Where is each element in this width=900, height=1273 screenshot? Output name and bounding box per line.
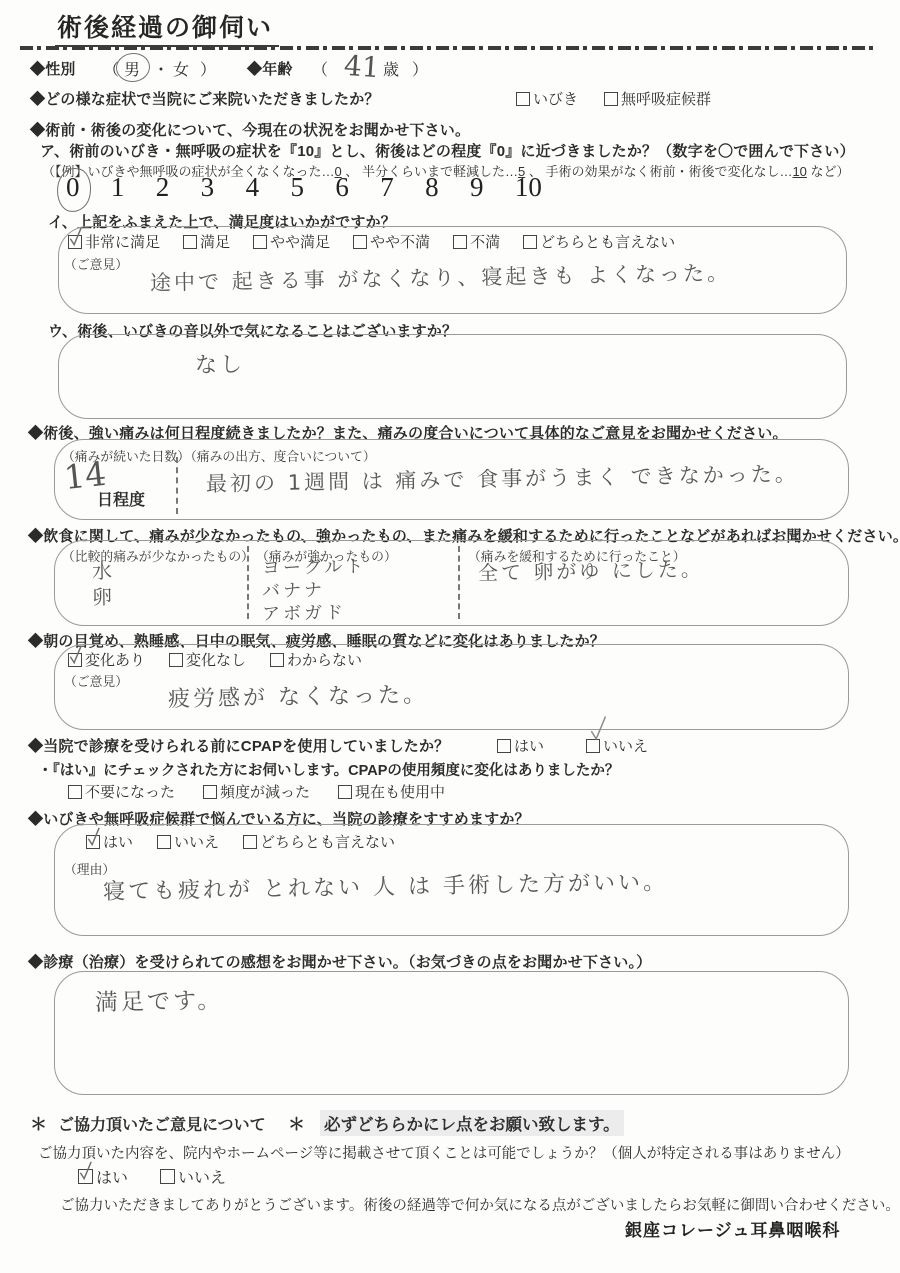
checkbox-label: 頻度が減った (220, 781, 310, 802)
checkbox[interactable] (523, 235, 537, 249)
checkbox-option[interactable]: わからない (270, 649, 362, 670)
checkbox-option[interactable]: はい (86, 831, 133, 852)
cpap-followup-question: ・『はい』にチェックされた方にお伺いします。CPAPの使用頻度に変化はありました… (38, 759, 619, 780)
checkbox-label: いいえ (178, 1165, 226, 1188)
recommend-options: はい いいえ どちらとも言えない (86, 831, 395, 852)
checkbox-label: やや満足 (270, 231, 330, 252)
check-mark-icon (78, 1157, 93, 1184)
scale-number[interactable]: 10 (515, 172, 542, 203)
checkbox[interactable] (243, 835, 257, 849)
gender-female[interactable]: 女 (173, 57, 189, 80)
checkbox-option[interactable]: はい (78, 1165, 128, 1188)
cpap-followup-options: 不要になった 頻度が減った 現在も使用中 (68, 781, 445, 802)
checkbox-label: いいえ (174, 831, 219, 852)
checkbox[interactable] (338, 785, 352, 799)
checkbox-label: はい (96, 1165, 128, 1188)
checkbox-label: わからない (287, 649, 362, 670)
sleep-handwritten: 疲労感が なくなった。 (168, 678, 429, 714)
checkbox[interactable] (203, 785, 217, 799)
sleep-options: 変化あり 変化なし わからない (68, 649, 362, 670)
checkbox[interactable] (253, 235, 267, 249)
eating-col2-handwritten: ヨーグルトバナナアボガド (262, 556, 366, 625)
eating-col1-handwritten: 水卵 (92, 558, 115, 610)
cpap-question: ◆当院で診療を受けられる前にCPAPを使用していましたか？ (28, 735, 449, 756)
scale-number[interactable]: 4 (246, 172, 260, 203)
footer-asterisk-2: ＊ (288, 1110, 305, 1135)
checkbox[interactable] (68, 785, 82, 799)
checkbox[interactable] (604, 92, 618, 106)
example-segment: など） (807, 164, 850, 179)
checkbox-label: やや不満 (370, 231, 430, 252)
cpap-options: はい いいえ (497, 735, 648, 756)
checkbox-option[interactable]: 変化なし (169, 649, 246, 670)
age-value-handwritten: 41 (343, 49, 381, 84)
checkbox-label: 変化なし (186, 649, 246, 670)
footer-ask-title: ご協力頂いたご意見について (58, 1112, 266, 1135)
checkbox[interactable] (86, 835, 100, 849)
age-open-paren: （ (312, 57, 328, 80)
checkbox-label: 非常に満足 (85, 231, 160, 252)
check-mark-icon (68, 223, 83, 250)
checkbox-option[interactable]: いいえ (160, 1165, 226, 1188)
impression-handwritten: 満足です。 (95, 982, 224, 1017)
checkbox-option[interactable]: いいえ (157, 831, 219, 852)
pain-detail-label: （痛みの出方、度合いについて） (184, 446, 376, 465)
scale-number[interactable]: 8 (425, 172, 439, 203)
footer-ask-bold: 必ずどちらかにレ点をお願い致します。 (320, 1110, 624, 1136)
change-heading: ◆術前・術後の変化について、今現在の状況をお聞かせ下さい。 (30, 119, 470, 140)
questionnaire-page: 術後経過の御伺い ◆性別 （ 男 ・ 女 ） ◆年齢 （ 41 歳 ） ◆どの様… (0, 0, 900, 1273)
example-segment: 10 (792, 164, 806, 179)
checkbox[interactable] (516, 92, 530, 106)
checkbox[interactable] (586, 739, 600, 753)
handwritten-line: バナナ (262, 578, 367, 603)
age-close-paren: ） (412, 57, 428, 80)
checkbox[interactable] (353, 235, 367, 249)
check-mark-icon (588, 704, 608, 752)
checkbox[interactable] (68, 653, 82, 667)
check-mark-icon (86, 823, 101, 850)
footer-asterisk-1: ＊ (30, 1110, 47, 1135)
checkbox-label: はい (103, 831, 133, 852)
eating-divider-2 (458, 546, 460, 619)
example-segment: 、 手術の効果がなく術前・術後で変化なし… (525, 164, 792, 179)
checkbox-option[interactable]: 頻度が減った (203, 781, 310, 802)
eating-col3-handwritten: 全て 卵がゆ にした。 (478, 558, 704, 584)
other-concerns-handwritten: なし (195, 348, 246, 380)
check-mark-icon (68, 641, 83, 668)
checkbox[interactable] (453, 235, 467, 249)
clinic-name: 銀座コレージュ耳鼻咽喉科 (625, 1216, 840, 1241)
checkbox-label: 満足 (200, 231, 230, 252)
checkbox-option[interactable]: どちらとも言えない (243, 831, 395, 852)
other-concerns-answer-box (58, 334, 847, 419)
handwritten-line: アボガド (262, 601, 367, 626)
gender-male-circled[interactable]: 男 (124, 57, 140, 80)
age-label: ◆年齢 (247, 58, 293, 79)
footer-thanks: ご協力いただきましてありがとうございます。術後の経過等で何か気になる点がございま… (60, 1194, 900, 1215)
footer-publish-options: はい いいえ (78, 1165, 226, 1188)
scale-number[interactable]: 6 (335, 172, 349, 203)
checkbox-option[interactable]: 不要になった (68, 781, 175, 802)
gender-close-paren: ） (200, 57, 216, 80)
checkbox[interactable] (169, 653, 183, 667)
eating-col1-label: （比較的痛みが少なかったもの） (62, 546, 254, 565)
page-title: 術後経過の御伺い (55, 15, 279, 47)
change-sub-question: ア、術前のいびき・無呼吸の症状を『10』とし、術後はどの程度『0』に近づきました… (40, 140, 855, 161)
scale-number[interactable]: 5 (290, 172, 304, 203)
gender-label: ◆性別 (30, 58, 76, 79)
scale-number[interactable]: 2 (156, 172, 170, 203)
pain-box-divider (176, 457, 178, 514)
handwritten-line: 卵 (92, 584, 115, 610)
checkbox-label: 不要になった (85, 781, 175, 802)
checkbox-label: 変化あり (85, 649, 145, 670)
scale-number[interactable]: 7 (380, 172, 394, 203)
checkbox[interactable] (160, 1169, 175, 1184)
handwritten-line: 水 (92, 558, 115, 584)
checkbox-label: どちらとも言えない (260, 831, 395, 852)
checkbox-option[interactable]: いびき (516, 88, 578, 109)
checkbox-option[interactable]: 無呼吸症候群 (604, 88, 711, 109)
checkbox-label: いいえ (603, 735, 648, 756)
scale-number[interactable]: 0 (66, 172, 80, 203)
checkbox[interactable] (497, 739, 511, 753)
checkbox-option[interactable]: 不満 (453, 231, 500, 252)
dashed-divider (20, 46, 878, 50)
checkbox-label: 無呼吸症候群 (621, 88, 711, 109)
checkbox-option[interactable]: いいえ (586, 735, 648, 756)
sleep-opinion-label: （ご意見） (64, 671, 128, 690)
satisfaction-options: 非常に満足 満足 やや満足 やや不満 (68, 231, 675, 252)
handwritten-line: 全て 卵がゆ にした。 (478, 556, 704, 586)
symptom-question: ◆どの様な症状で当院にご来院いただきましたか？ (30, 88, 380, 109)
checkbox-option[interactable]: どちらとも言えない (523, 231, 675, 252)
checkbox-option[interactable]: 変化あり (68, 649, 145, 670)
opinion-label: （ご意見） (64, 254, 128, 273)
scale-number[interactable]: 1 (111, 172, 125, 203)
checkbox-option[interactable]: 満足 (183, 231, 230, 252)
scale-number[interactable]: 3 (201, 172, 215, 203)
pain-days-unit: 日程度 (97, 487, 145, 510)
checkbox-option[interactable]: やや満足 (253, 231, 330, 252)
checkbox[interactable] (157, 835, 171, 849)
checkbox-label: どちらとも言えない (540, 231, 675, 252)
checkbox[interactable] (183, 235, 197, 249)
checkbox-option[interactable]: 非常に満足 (68, 231, 160, 252)
checkbox[interactable] (270, 653, 284, 667)
checkbox-label: 不満 (470, 231, 500, 252)
checkbox-option[interactable]: 現在も使用中 (338, 781, 445, 802)
gender-separator: ・ (153, 57, 169, 80)
checkbox-option[interactable]: やや不満 (353, 231, 430, 252)
checkbox-option[interactable]: はい (497, 735, 544, 756)
checkbox[interactable] (78, 1169, 93, 1184)
checkbox-label: いびき (533, 88, 578, 109)
age-unit: 歳 (383, 57, 399, 80)
checkbox[interactable] (68, 235, 82, 249)
impression-question: ◆診療（治療）を受けられての感想をお聞かせ下さい。（お気づきの点をお聞かせ下さい… (28, 951, 651, 972)
severity-scale: 012345678910 (66, 172, 542, 203)
footer-publish-question: ご協力頂いた内容を、院内やホームページ等に掲載させて頂くことは可能でしょうか？（… (38, 1142, 850, 1163)
symptom-options: いびき 無呼吸症候群 (516, 88, 711, 109)
handwritten-line: ヨーグルト (262, 555, 367, 580)
checkbox-label: はい (514, 735, 544, 756)
checkbox-label: 現在も使用中 (355, 781, 445, 802)
scale-number[interactable]: 9 (470, 172, 484, 203)
